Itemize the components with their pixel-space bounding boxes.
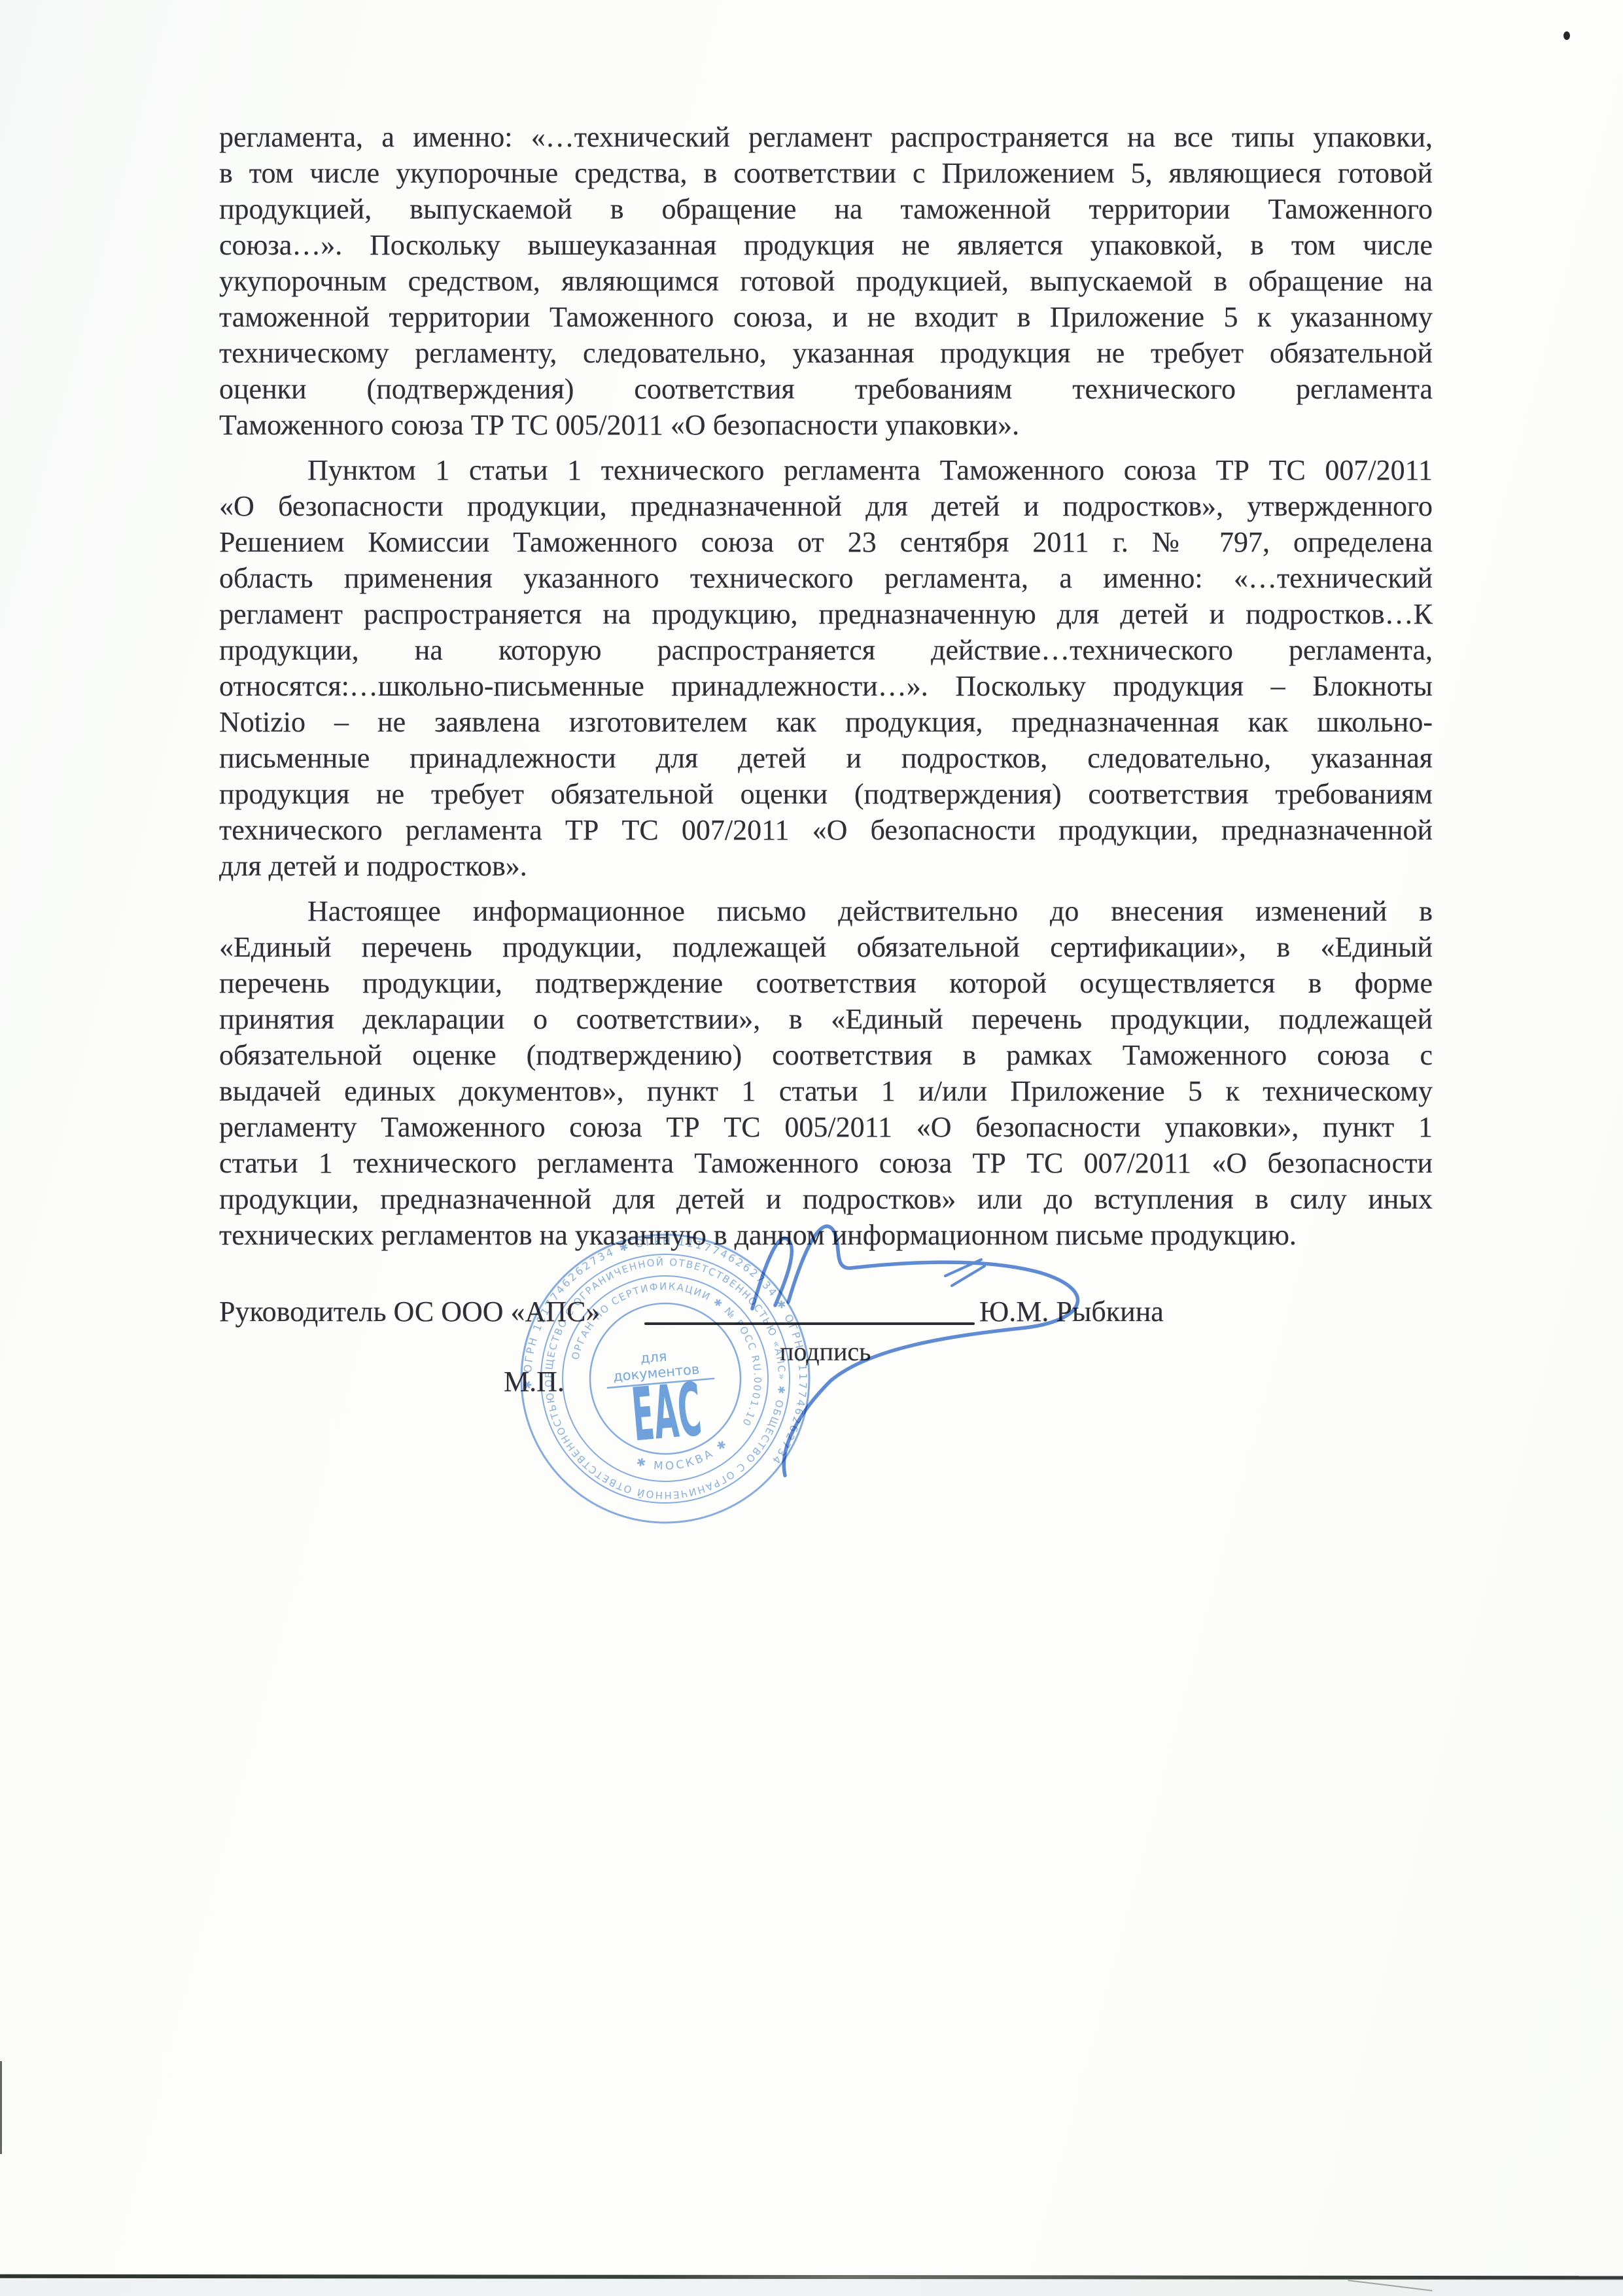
text-line: регламент распространяется на продукцию,…: [219, 596, 1433, 632]
text-line: Пунктом 1 статьи 1 технического регламен…: [219, 452, 1433, 488]
text-line: область применения указанного техническо…: [219, 560, 1433, 596]
text-line: относятся:…школьно-письменные принадлежн…: [219, 668, 1433, 704]
text-line: таможенной территории Таможенного союза,…: [219, 299, 1433, 335]
text-line: продукции, на которую распространяется д…: [219, 632, 1433, 668]
text-line: союза…». Поскольку вышеуказанная продукц…: [219, 227, 1433, 263]
text-line: «Единый перечень продукции, подлежащей о…: [219, 929, 1433, 965]
paragraph: Пунктом 1 статьи 1 технического регламен…: [219, 452, 1433, 884]
text-line: для детей и подростков».: [219, 848, 1433, 884]
scan-edge-mark: [0, 2061, 2, 2154]
text-line: техническому регламенту, следовательно, …: [219, 335, 1433, 371]
scan-bottom-strip: [0, 2279, 1623, 2296]
text-line: регламенту Таможенного союза ТР ТС 005/2…: [219, 1109, 1433, 1145]
text-line: письменные принадлежности для детей и по…: [219, 740, 1433, 776]
text-line: в том числе укупорочные средства, в соот…: [219, 155, 1433, 191]
text-line: технического регламента ТР ТС 007/2011 «…: [219, 812, 1433, 848]
text-line: Таможенного союза ТР ТС 005/2011 «О безо…: [219, 407, 1433, 443]
text-line: выдачей единых документов», пункт 1 стат…: [219, 1073, 1433, 1109]
text-line: регламента, а именно: «…технический регл…: [219, 119, 1433, 155]
paragraph: регламента, а именно: «…технический регл…: [219, 119, 1433, 443]
document-body: регламента, а именно: «…технический регл…: [219, 119, 1433, 1253]
text-line: продукцией, выпускаемой в обращение на т…: [219, 191, 1433, 227]
text-line: обязательной оценке (подтверждению) соот…: [219, 1037, 1433, 1073]
text-line: принятия декларации о соответствии», в «…: [219, 1001, 1433, 1037]
text-line: «О безопасности продукции, предназначенн…: [219, 488, 1433, 524]
text-line: Решением Комиссии Таможенного союза от 2…: [219, 524, 1433, 560]
text-line: укупорочным средством, являющимся готово…: [219, 263, 1433, 299]
signature-scribble: [589, 1191, 1178, 1531]
text-line: оценки (подтверждения) соответствия треб…: [219, 371, 1433, 407]
text-line: Настоящее информационное письмо действит…: [219, 893, 1433, 929]
text-line: перечень продукции, подтверждение соотве…: [219, 965, 1433, 1001]
scan-dot-artifact: [1563, 31, 1570, 40]
text-line: продукция не требует обязательной оценки…: [219, 776, 1433, 812]
text-line: статьи 1 технического регламента Таможен…: [219, 1145, 1433, 1181]
text-line: Notizio – не заявлена изготовителем как …: [219, 704, 1433, 740]
scanned-letter-page: регламента, а именно: «…технический регл…: [0, 0, 1623, 2296]
